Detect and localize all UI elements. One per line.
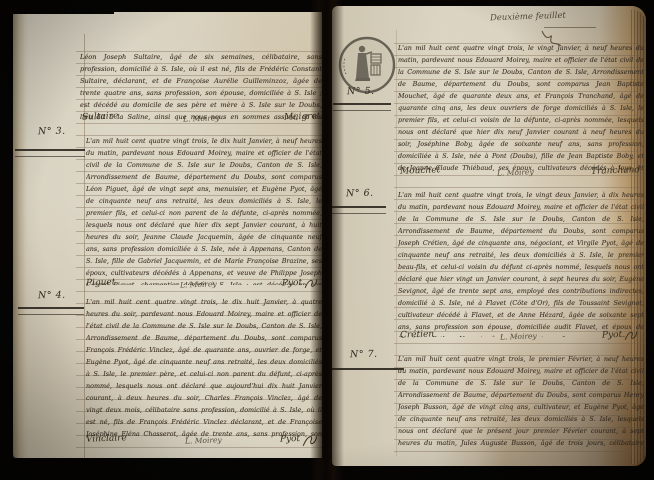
margin-underline <box>15 149 85 157</box>
sheet-header-label: Deuxième feuillet <box>490 11 566 24</box>
act-number-label: N° 5. <box>347 86 375 97</box>
scanned-register-spread: Léon Joseph Sultaire, âgé de six semaine… <box>0 0 654 480</box>
signature-row: Vinclaire L. Moirey Pyot <box>86 434 318 452</box>
act-text: L'an mil huit cent quatre vingt trois, l… <box>86 135 322 285</box>
signature: Piguet <box>86 277 116 288</box>
act-number-label: N° 3. <box>38 126 66 137</box>
signature: L. Moirey <box>180 277 217 289</box>
right-page: Deuxième feuillet N° 5. L'an mil huit ce… <box>332 6 646 466</box>
signature: Sultaire <box>82 111 119 122</box>
margin-underline <box>18 307 84 315</box>
signature: Pyot <box>602 329 639 342</box>
signature: Mouchet <box>400 165 441 176</box>
scan-corner-notch <box>0 0 114 14</box>
act-text: L'an mil huit cent quatre vingt trois, l… <box>86 296 322 440</box>
signature: L. Moirey <box>499 329 536 341</box>
signature-row: Piguet L. Moirey Pyot <box>86 278 318 296</box>
signature-row: Mouchet L. Moirey Tranchand <box>400 166 640 184</box>
act-text: L'an mil huit cent quatre vingt trois, l… <box>398 353 644 449</box>
signature: L. Moirey <box>182 111 219 123</box>
header-underline <box>544 27 596 28</box>
signature: Vinclaire <box>86 433 127 444</box>
signature: Tranchand <box>591 165 641 177</box>
act-number-label: N° 7. <box>350 349 378 360</box>
act-text: L'an mil huit cent quatre vingt trois, l… <box>398 42 644 174</box>
signature: Crétien <box>400 329 434 340</box>
act-number-label: N° 4. <box>38 290 66 301</box>
binding-gutter-shadow <box>310 0 344 480</box>
signature: L. Moirey <box>185 433 222 445</box>
signature-row: Sultaire L. Moirey Maigret <box>82 112 320 130</box>
act-number-label: N° 6. <box>346 188 374 199</box>
signature: L. Moirey <box>497 165 534 177</box>
left-page: Léon Joseph Sultaire, âgé de six semaine… <box>13 12 322 458</box>
signature-row: Crétien L. Moirey Pyot <box>400 330 638 348</box>
signature-flourish <box>624 329 638 341</box>
act-text: L'an mil huit cent quatre vingt trois, l… <box>398 189 644 337</box>
